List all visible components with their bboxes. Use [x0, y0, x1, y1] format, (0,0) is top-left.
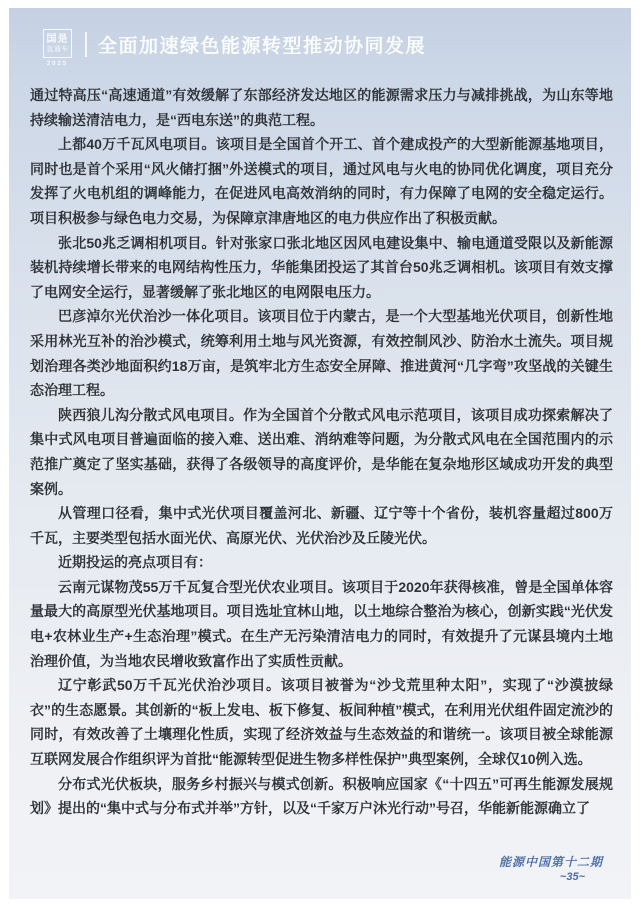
- brand-logo: 国是 直通车 2025: [43, 29, 72, 67]
- brand-logo-year: 2025: [47, 61, 68, 67]
- page-number: ~35~: [499, 871, 603, 883]
- page-footer: 能源中国第十二期 ~35~: [499, 853, 603, 883]
- body-paragraph: 分布式光伏板块，服务乡村振兴与模式创新。积极响应国家《“十四五”可再生能源发展规…: [30, 772, 613, 821]
- body-paragraph: 通过特高压“高速通道”有效缓解了东部经济发达地区的能源需求压力与减排挑战，为山东…: [30, 83, 613, 132]
- header-divider: [85, 32, 87, 57]
- page-header: 国是 直通车 2025 全面加速绿色能源转型推动协同发展: [9, 8, 631, 74]
- page-title: 全面加速绿色能源转型推动协同发展: [98, 31, 426, 58]
- brand-logo-text-secondary: 直通车: [46, 45, 69, 54]
- body-paragraph: 张北50兆乏调相机项目。针对张家口张北地区因风电建设集中、输电通道受限以及新能源…: [30, 231, 613, 305]
- brand-logo-box: 国是 直通车: [43, 29, 72, 58]
- body-paragraph: 陕西狼儿沟分散式风电项目。作为全国首个分散式风电示范项目，该项目成功探索解决了集…: [30, 403, 613, 501]
- body-paragraph: 从管理口径看，集中式光伏项目覆盖河北、新疆、辽宁等十个省份，装机容量超过800万…: [30, 501, 613, 550]
- body-paragraph: 辽宁彰武50万千瓦光伏治沙项目。该项目被誉为“沙戈荒里种太阳”，实现了“沙漠披绿…: [30, 673, 613, 771]
- body-paragraph: 巴彦淖尔光伏治沙一体化项目。该项目位于内蒙古，是一个大型基地光伏项目，创新性地采…: [30, 304, 613, 402]
- brand-logo-text-primary: 国是: [47, 34, 69, 45]
- body-paragraph: 云南元谋物茂55万千瓦复合型光伏农业项目。该项目于2020年获得核准，曾是全国单…: [30, 575, 613, 673]
- journal-name: 能源中国第十二期: [499, 853, 603, 870]
- body-paragraph: 上都40万千瓦风电项目。该项目是全国首个开工、首个建成投产的大型新能源基地项目，…: [30, 132, 613, 230]
- body-paragraph: 近期投运的亮点项目有：: [30, 550, 613, 575]
- body-content: 通过特高压“高速通道”有效缓解了东部经济发达地区的能源需求压力与减排挑战，为山东…: [9, 74, 631, 821]
- document-page: 国是 直通车 2025 全面加速绿色能源转型推动协同发展 通过特高压“高速通道”…: [9, 8, 631, 899]
